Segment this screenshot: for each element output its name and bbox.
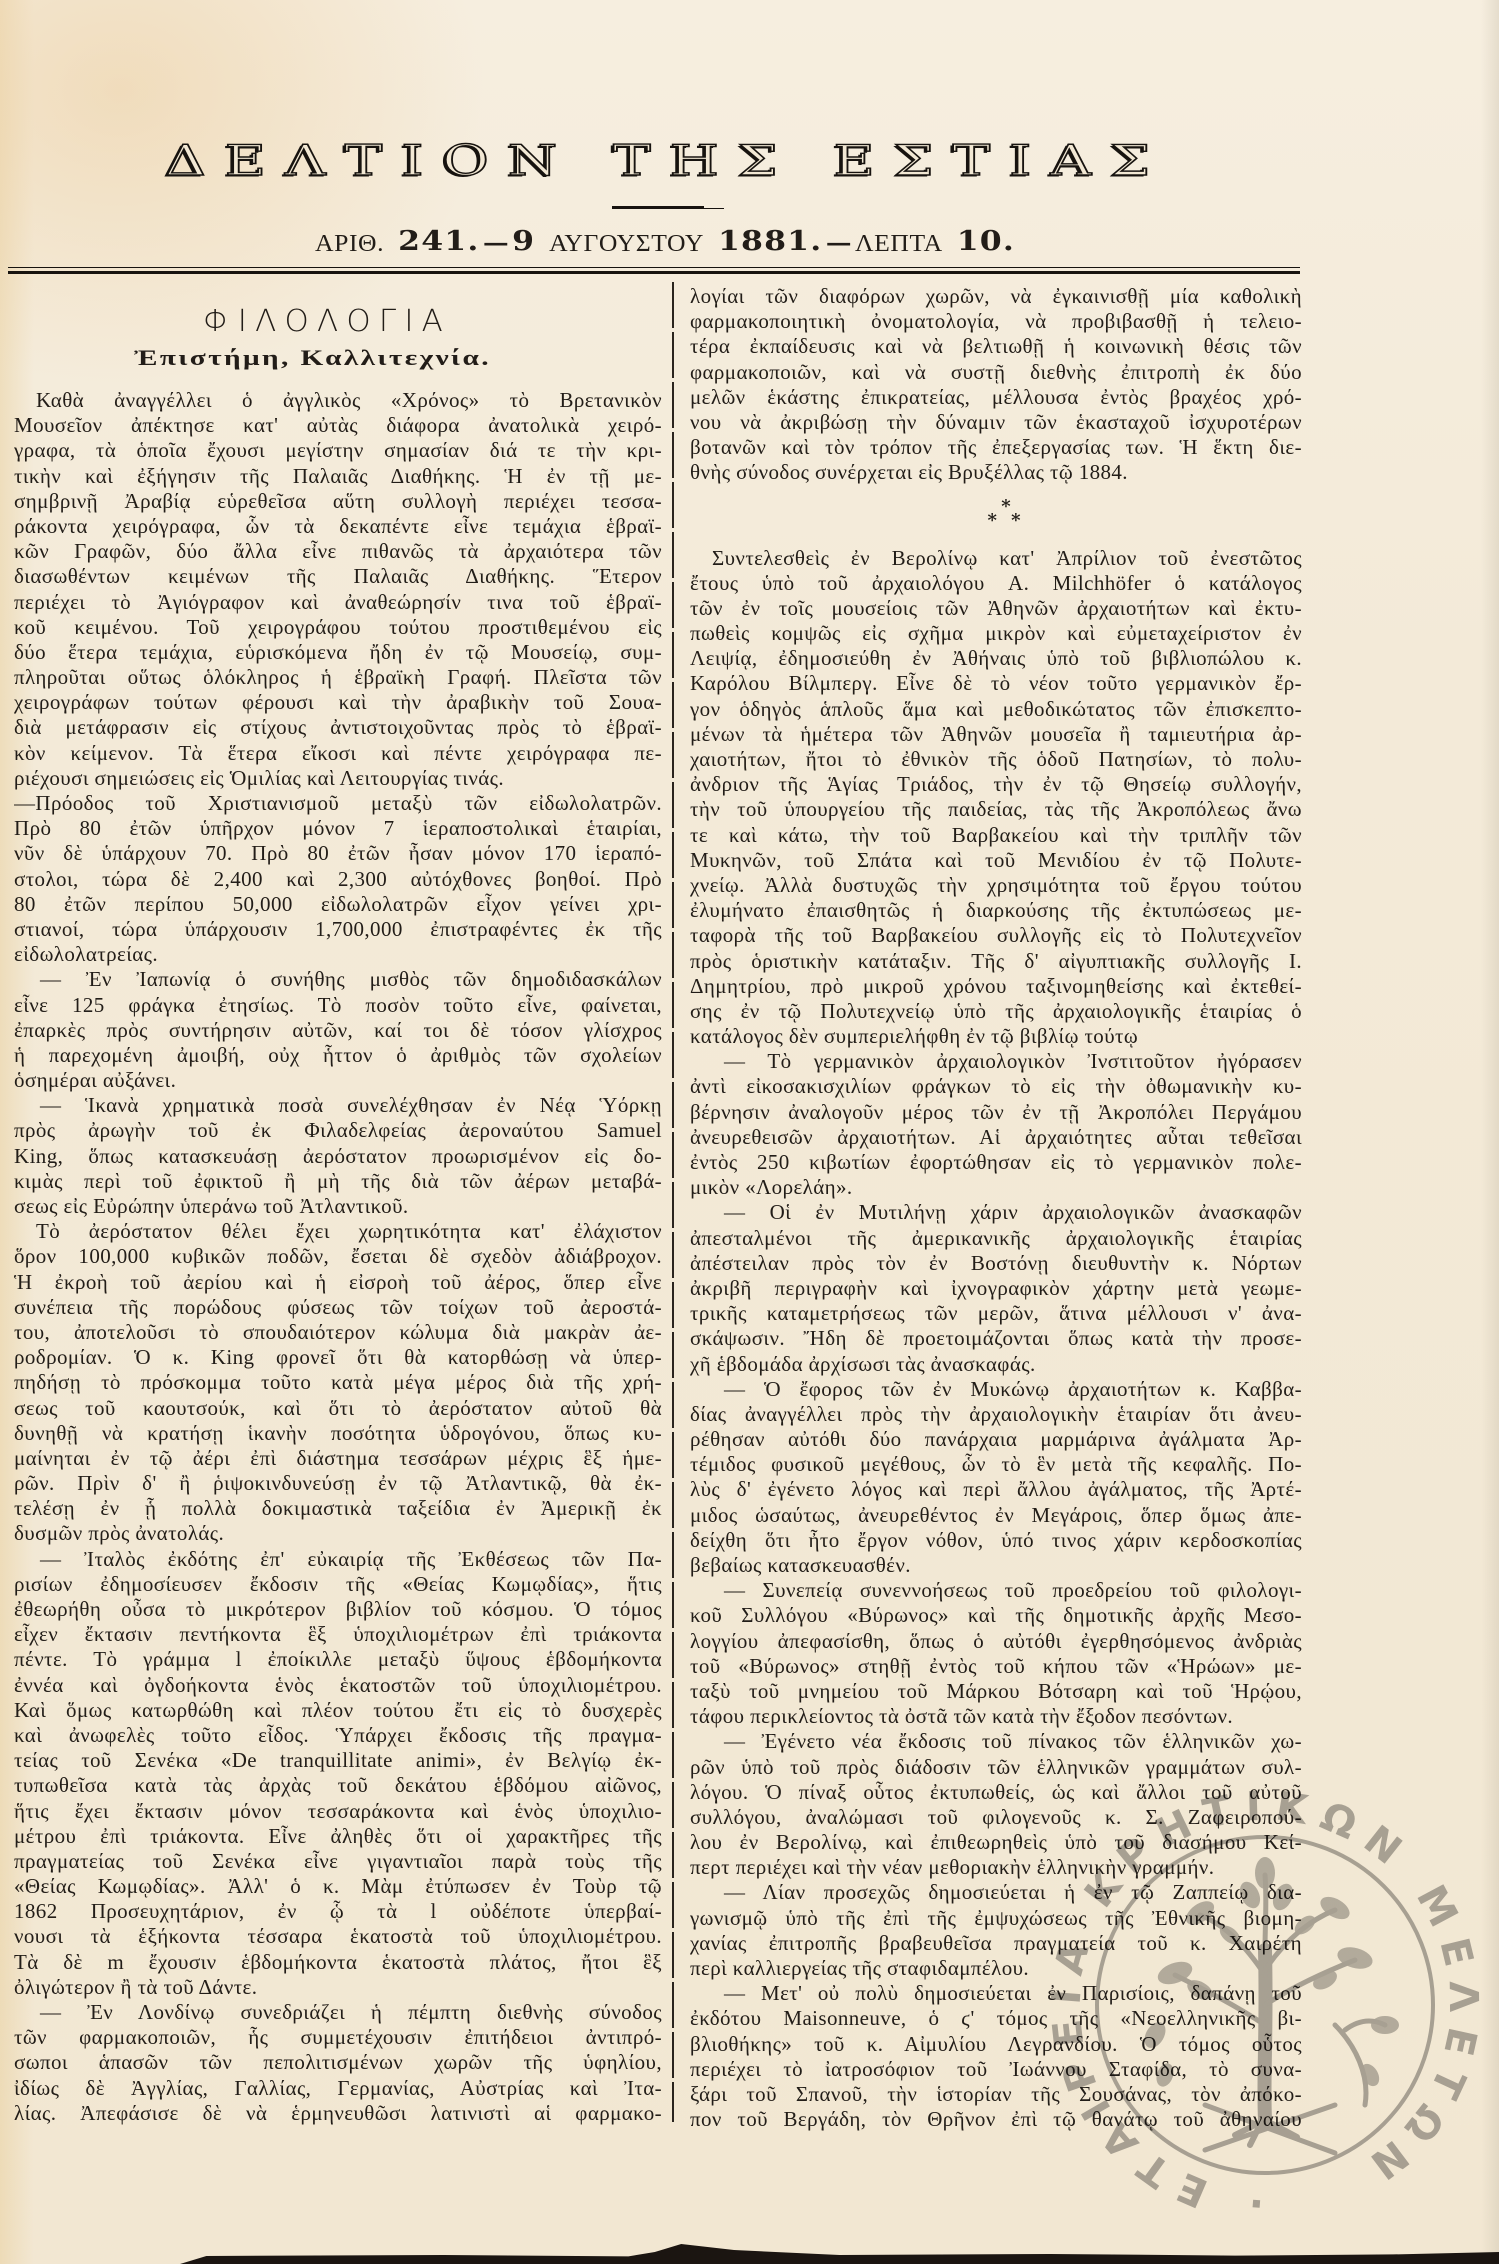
section-heading: ΦΙΛΟΛΟΓΙΑ <box>203 304 451 340</box>
text-line: ροδρομίαν. Ὁ κ. King φρονεῖ ὅτι θὰ κατορ… <box>14 1345 662 1370</box>
text-line: βέρνησιν ἀναλογοῦν μέρος τῶν ἐν τῇ Ἀκροπ… <box>690 1100 1302 1125</box>
text-line: Μουσεῖον ἀπέκτησε κατ' αὐτὰς διάφορα ἀνα… <box>14 413 662 438</box>
text-line: Λειψίᾳ, ἐδημοσιεύθη ἐν Ἀθήναις ὑπὸ τοῦ β… <box>690 646 1302 671</box>
issue-month: ΑΥΓΟΥΣΤΟΥ <box>549 226 704 260</box>
text-line: — Ἐγένετο νέα ἔκδοσις τοῦ πίνακος τῶν ἑλ… <box>690 1729 1302 1754</box>
text-line: ταφορὰ τῆς τοῦ Βαρβακείου συλλογῆς εἰς τ… <box>690 923 1302 948</box>
text-line: βοτανῶν καὶ τὸν τρόπον τῆς ἐπεξεργασίας … <box>690 435 1302 460</box>
text-line: «Θείας Κωμῳδίας». Ἀλλ' ὁ κ. Μὰμ ἐτύπωσεν… <box>14 1874 662 1899</box>
text-line: ὁσημέραι αὐξάνει. <box>14 1068 662 1093</box>
text-line: εἶχεν ἔκτασιν πεντήκοντα ἓξ ὑποχιλιομέτρ… <box>14 1622 662 1647</box>
ornament-rule-thin <box>612 208 724 209</box>
text-line: ἐπαρκὲς πρὸς συντήρησιν αὐτῶν, καί τοι δ… <box>14 1018 662 1043</box>
text-line: τυπωθεῖσα κατὰ τὰς ἀρχὰς τοῦ δεκάτου ἑβδ… <box>14 1773 662 1798</box>
text-line: μελῶν ἑκάστης ἐπικρατείας, μέλλουσα ἐντὸ… <box>690 385 1302 410</box>
text-line: τέμιδος φυσικοῦ μεγέθους, ὧν τὸ ἓν μετὰ … <box>690 1452 1302 1477</box>
paragraph: — Ἐν Ἰαπωνίᾳ ὁ συνήθης μισθὸς τῶν δημοδι… <box>14 967 662 1093</box>
paragraph: — Συνεπείᾳ συνεννοήσεως τοῦ προεδρείου τ… <box>690 1578 1302 1729</box>
text-line: Συντελεσθεὶς ἐν Βερολίνῳ κατ' Ἀπρίλιον τ… <box>690 546 1302 571</box>
text-line: σημβρινῇ Ἀραβίᾳ εὑρεθεῖσα αὕτη συλλογὴ π… <box>14 489 662 514</box>
text-line: βεβαίως κατασκευασθέν. <box>690 1553 1302 1578</box>
text-line: ἀνδριον τῆς Ἁγίας Τριάδος, τὴν ἐν τῷ Θησ… <box>690 772 1302 797</box>
text-line: ἔτους ὑπὸ τοῦ ἀρχαιολόγου A. Milchhöfer … <box>690 571 1302 596</box>
text-line: καὶ ἀνωφελὲς τοῦτο εἶδος. Ὑπάρχει ἔκδοσι… <box>14 1723 662 1748</box>
text-line: σωποι ἁπασῶν τῶν πεπολιτισμένων χωρῶν τῆ… <box>14 2050 662 2075</box>
text-line: σεως τοῦ καουτσούκ, καὶ ὅτι τὸ ἀερόστατο… <box>14 1396 662 1421</box>
text-line: μένων τὰ ἡμέτερα τῶν Ἀθηνῶν μουσεῖα ἢ τα… <box>690 722 1302 747</box>
text-line: ρέθησαν αὐτόθι δύο πανάρχαια μαρμάρινα ἀ… <box>690 1427 1302 1452</box>
text-line: νουσι τὰ ἑξήκοντα τέσσαρα ἑκατοστὰ τοῦ ὑ… <box>14 1924 662 1949</box>
text-line: πρὸς ἀρωγὴν τοῦ ἐκ Φιλαδελφείας ἀεροναύτ… <box>14 1118 662 1143</box>
text-line: δύο ἕτερα τεμάχια, εὑρισκόμενα ἤδη ἐν τῷ… <box>14 640 662 665</box>
text-line: εἶνε 125 φράγκα ἐτησίως. Τὸ ποσὸν τοῦτο … <box>14 993 662 1018</box>
text-line: μιδος ὡσαύτως, ἀνευρεθέντος ἐν Μεγάροις,… <box>690 1503 1302 1528</box>
text-line: τέρα ἐκπαίδευσις καὶ νὰ βελτιωθῇ ἡ κοινω… <box>690 334 1302 359</box>
paragraph: — Ἰταλὸς ἐκδότης ἐπ' εὐκαιρίᾳ τῆς Ἐκθέσε… <box>14 1547 662 2000</box>
text-line: κοῦ κειμένου. Τοῦ χειρογράφου τούτου προ… <box>14 615 662 640</box>
text-line: —Πρόοδος τοῦ Χριστιανισμοῦ μεταξὺ τῶν εἰ… <box>14 791 662 816</box>
text-line: ἀπέστειλαν πρὸς τὸν ἐν Βοστόνῃ διευθυντὴ… <box>690 1251 1302 1276</box>
text-line: — Ἱκανὰ χρηματικὰ ποσὰ συνελέχθησαν ἐν Ν… <box>14 1093 662 1118</box>
text-line: του, ἀποτελοῦσι τὸ σπουδαιότερον κώλυμα … <box>14 1320 662 1345</box>
text-line: ἐθεωρήθη οὖσα τὸ μικρότερον βιβλίον τοῦ … <box>14 1597 662 1622</box>
text-line: Μυκηνῶν, τοῦ Σπάτα καὶ τοῦ Μενιδίου ἐν τ… <box>690 848 1302 873</box>
issue-number-label: ΑΡΙΘ. <box>315 226 384 260</box>
text-line: Τὰ δὲ m ἔχουσιν ἑβδομήκοντα ἑκατοστὰ πλά… <box>14 1950 662 1975</box>
text-line: Δημητρίου, πρὸ μικροῦ χρόνου ταξινομηθεί… <box>690 974 1302 999</box>
text-line: σης ἐν τῷ Πολυτεχνείῳ ὑπὸ τῆς ἀρχαιολογι… <box>690 999 1302 1024</box>
section-subheading: Ἐπιστήμη, Καλλιτεχνία. <box>134 345 491 371</box>
text-line: ἀκριβῆ περιγραφὴν καὶ ἰχνογραφικὸν χάρτη… <box>690 1276 1302 1301</box>
text-line: — Τὸ γερμανικὸν ἀρχαιολογικὸν Ἰνστιτοῦτο… <box>690 1049 1302 1074</box>
text-line: πηδήσῃ τὸ πρόσκομμα τοῦτο κατὰ μέγα μέρο… <box>14 1370 662 1395</box>
text-line: κῶν Γραφῶν, δύο ἄλλα εἶνε πιθανῶς τὰ ἀρχ… <box>14 539 662 564</box>
text-line: ταξὺ τοῦ μνημείου τοῦ Μάρκου Βότσαρη καὶ… <box>690 1679 1302 1704</box>
paragraph: Συντελεσθεὶς ἐν Βερολίνῳ κατ' Ἀπρίλιον τ… <box>690 546 1302 1050</box>
text-line: δείχθη ὅτι ἦτο ἔργον νόθον, ὑπό τινος χά… <box>690 1528 1302 1553</box>
text-line: μέτρου ἐπὶ τριάκοντα. Εἶνε ἀληθὲς ὅτι οἱ… <box>14 1824 662 1849</box>
masthead-rule-thick <box>8 271 1300 274</box>
text-line: ἀπεσταλμένοι τῆς ἀμερικανικῆς ἀρχαιολογι… <box>690 1226 1302 1251</box>
text-line: Καρόλου Βίλμπεργ. Εἶνε δὲ τὸ νέον τοῦτο … <box>690 671 1302 696</box>
dash-separator: — <box>826 228 852 258</box>
column-divider <box>672 282 674 2122</box>
price-label: ΛΕΠΤΑ <box>855 226 943 260</box>
carryover-text: λογίαι τῶν διαφόρων χωρῶν, νὰ ἐγκαινισθῇ… <box>690 284 1302 486</box>
paragraph: — Οἱ ἐν Μυτιλήνῃ χάριν ἀρχαιολογικῶν ἀνα… <box>690 1200 1302 1376</box>
paragraph: Καθὰ ἀναγγέλλει ὁ ἀγγλικὸς «Χρόνος» τὸ Β… <box>14 388 662 791</box>
text-line: — Ἰταλὸς ἐκδότης ἐπ' εὐκαιρίᾳ τῆς Ἐκθέσε… <box>14 1547 662 1572</box>
text-line: ἡ παρεχομένη ἀμοιβή, οὐχ ἧττον ὁ ἀριθμὸς… <box>14 1043 662 1068</box>
library-stamp: · ΕΤΑΙΡΕΙΑ ΚΡΗΤΙΚΩΝ ΜΕΛΕΤΩΝ <box>1035 1775 1495 2235</box>
price-value: 10. <box>957 227 1015 257</box>
text-line: δυνηθῇ νὰ κρατήσῃ ἱκανὴν ποσότητα ὑδρογό… <box>14 1421 662 1446</box>
text-line: ἰδίως δὲ Ἀγγλίας, Γαλλίας, Γερμανίας, Αὐ… <box>14 2076 662 2101</box>
text-line: λὺς δ' ἐγένετο λόγος καὶ περὶ ἄλλου ἀγάλ… <box>690 1477 1302 1502</box>
text-line: περιέχει τὸ Ἀγιόγραφον καὶ ἀναθεώρησίν τ… <box>14 590 662 615</box>
text-line: 1862 Προσευχητάριον, ἐν ᾧ τὰ l οὐδέποτε … <box>14 1899 662 1924</box>
text-line: φαρμακοποιῶν, καὶ νὰ συστῇ διεθνὴς ἐπιτρ… <box>690 360 1302 385</box>
paragraph: — Ἱκανὰ χρηματικὰ ποσὰ συνελέχθησαν ἐν Ν… <box>14 1093 662 1219</box>
text-line: ἐννέα καὶ ὀγδοήκοντα ἑνὸς ἑκατοστῶν τοῦ … <box>14 1673 662 1698</box>
text-line: — Οἱ ἐν Μυτιλήνῃ χάριν ἀρχαιολογικῶν ἀνα… <box>690 1200 1302 1225</box>
text-line: Πρὸ 80 ἐτῶν ὑπῆρχον μόνον 7 ἱεραποστολικ… <box>14 816 662 841</box>
masthead-rule-thin <box>8 267 1300 268</box>
text-line: φαρμακοποιητικὴ ὀνοματολογία, νὰ προβιβα… <box>690 309 1302 334</box>
text-line: λογγίου ἀπεφασίσθη, ὅπως ὁ αὐτόθι ἐγερθη… <box>690 1629 1302 1654</box>
text-line: πραγματείας τοῦ Σενέκα εἶνε γιγαντιαῖοι … <box>14 1849 662 1874</box>
text-line: πωθεὶς κομψῶς εἰς σχῆμα μικρὸν καὶ εὐμετ… <box>690 621 1302 646</box>
text-line: τελέσῃ ἐν ᾗ πολλὰ δοκιμαστικὰ ταξείδια ἐ… <box>14 1496 662 1521</box>
text-line: τῶν ἐν τοῖς μουσείοις τῶν Ἀθηνῶν ἀρχαιοτ… <box>690 596 1302 621</box>
text-line: 80 ἐτῶν περίπου 50,000 εἰδωλολατρῶν εἶχο… <box>14 892 662 917</box>
paragraph: — Τὸ γερμανικὸν ἀρχαιολογικὸν Ἰνστιτοῦτο… <box>690 1049 1302 1200</box>
text-line: πέντε. Τὸ γράμμα l ἐποίκιλλε μεταξὺ ὕψου… <box>14 1647 662 1672</box>
asterism-stars-icon: * * <box>690 514 1302 528</box>
text-line: πληροῦται οὕτως ὁλόκληρος ἡ ἑβραϊκὴ Γραφ… <box>14 665 662 690</box>
text-line: χῆ ἑβδομάδα ἀρχίσωσι τὰς ἀνασκαφάς. <box>690 1352 1302 1377</box>
text-line: τὴν τοῦ ὑπουργείου τῆς παιδείας, τὰς τῆς… <box>690 797 1302 822</box>
text-line: Καθὰ ἀναγγέλλει ὁ ἀγγλικὸς «Χρόνος» τὸ Β… <box>14 388 662 413</box>
text-line: διασωθέντων κειμένων τῆς Παλαιᾶς Διαθήκη… <box>14 564 662 589</box>
paragraph: — Ἐν Λονδίνῳ συνεδριάζει ἡ πέμπτη διεθνὴ… <box>14 2000 662 2126</box>
text-line: κιμὰς περὶ τοῦ ἐφικτοῦ ἢ μὴ τῆς διὰ τῶν … <box>14 1169 662 1194</box>
text-line: Τὸ ἀερόστατον θέλει ἔχει χωρητικότητα κα… <box>14 1219 662 1244</box>
asterism-separator: * * * <box>690 486 1302 546</box>
paragraph: Τὸ ἀερόστατον θέλει ἔχει χωρητικότητα κα… <box>14 1219 662 1546</box>
text-line: δίας ἀναγγέλλει πρὸς τὴν ἀρχαιολογικὴν ἑ… <box>690 1402 1302 1427</box>
text-line: κὸν κείμενον. Τὰ ἕτερα εἴκοσι καὶ πέντε … <box>14 741 662 766</box>
text-line: εἰδωλολατρείας. <box>14 942 662 967</box>
paragraph: λογίαι τῶν διαφόρων χωρῶν, νὰ ἐγκαινισθῇ… <box>690 284 1302 486</box>
text-line: γραφα, τὰ ὁποῖα ἔχουσι μεγίστην σημασίαν… <box>14 438 662 463</box>
book-edge-shadow <box>180 2244 1499 2264</box>
text-line: πρὸς ὁριστικὴν κατάταξιν. Τῆς δ' αἰγυπτι… <box>690 949 1302 974</box>
text-line: τρικῆς καταμετρήσεως τῶν μερῶν, ἅτινα μέ… <box>690 1301 1302 1326</box>
text-line: ράκοντα χειρόγραφα, ὧν τὰ δεκαπέντε εἶνε… <box>14 514 662 539</box>
text-line: Καὶ ὅμως κατωρθώθη καὶ πλέον τούτου ἔτι … <box>14 1698 662 1723</box>
text-line: Ἡ ἐκροὴ τοῦ ἀερίου καὶ ἡ εἰσροὴ τοῦ ἀέρο… <box>14 1270 662 1295</box>
issue-number: 241. <box>398 227 479 257</box>
text-line: στολοι, τώρα δὲ 2,400 καὶ 2,300 αὐτόχθον… <box>14 867 662 892</box>
text-line: χαιοτήτων, ἤτοι τὸ ἐθνικὸν τῆς ὁδοῦ Πατη… <box>690 747 1302 772</box>
text-line: νου νὰ ἀκριβώσῃ τὴν δύναμιν τῶν ἑκασταχο… <box>690 410 1302 435</box>
text-line: — Ὁ ἔφορος τῶν ἐν Μυκώνῳ ἀρχαιοτήτων κ. … <box>690 1377 1302 1402</box>
text-line: — Ἐν Λονδίνῳ συνεδριάζει ἡ πέμπτη διεθνὴ… <box>14 2000 662 2025</box>
text-line: ἀνευρεθεισῶν ἀρχαιοτήτων. Αἱ ἀρχαιότητες… <box>690 1125 1302 1150</box>
text-line: ρισίων ἐδημοσίευσεν ἔκδοσιν τῆς «Θείας Κ… <box>14 1572 662 1597</box>
text-line: κοῦ Συλλόγου «Βύρωνος» καὶ τῆς δημοτικῆς… <box>690 1603 1302 1628</box>
text-line: χειρογράφων τούτων φέρουσι καὶ τὴν ἀραβι… <box>14 690 662 715</box>
text-line: τε καὶ κάτω, τὴν τοῦ Βαρβακείου καὶ τὴν … <box>690 823 1302 848</box>
text-line: τοῦ «Βύρωνος» στηθῇ ἐντὸς τοῦ κήπου τῶν … <box>690 1654 1302 1679</box>
text-line: θνὴς σύνοδος συνέρχεται εἰς Βρυξέλλας τῷ… <box>690 460 1302 485</box>
text-line: συνέπεια τῆς πορώδους φύσεως τῶν τοίχων … <box>14 1295 662 1320</box>
text-line: διὰ μετάφρασιν εἰς στίχους ἀντιστοιχοῦντ… <box>14 715 662 740</box>
issue-day: 9 <box>512 227 535 257</box>
paragraph: —Πρόοδος τοῦ Χριστιανισμοῦ μεταξὺ τῶν εἰ… <box>14 791 662 967</box>
column-left: Καθὰ ἀναγγέλλει ὁ ἀγγλικὸς «Χρόνος» τὸ Β… <box>14 388 662 2126</box>
text-line: νῦν δὲ ὑπάρχουν 70. Πρὸ 80 ἐτῶν ἦσαν μόν… <box>14 841 662 866</box>
text-line: ἥτις ἔχει ἔκτασιν μόνον τεσσαράκοντα καὶ… <box>14 1799 662 1824</box>
text-line: σεως εἰς Εὐρώπην ὑπεράνω τοῦ Ἀτλαντικοῦ. <box>14 1194 662 1219</box>
issue-line: ΑΡΙΘ. 241. — 9 ΑΥΓΟΥΣΤΟΥ 1881. — ΛΕΠΤΑ 1… <box>315 227 1015 257</box>
text-line: ἐντὸς 250 κιβωτίων ἐφορτώθησαν εἰς τὸ γε… <box>690 1150 1302 1175</box>
text-line: μαίνηται ἐν τῷ ἀέρι ἐπὶ διάστημα τεσσάρω… <box>14 1446 662 1471</box>
text-line: δυσμῶν πρὸς ἀνατολάς. <box>14 1521 662 1546</box>
text-line: τάφου περικλείοντος τὰ ὀστᾶ τῶν κατὰ τὴν… <box>690 1704 1302 1729</box>
text-line: κατάλογος δὲν συμπεριελήφθη ἐν τῷ βιβλίῳ… <box>690 1024 1302 1049</box>
paragraph: — Ὁ ἔφορος τῶν ἐν Μυκώνῳ ἀρχαιοτήτων κ. … <box>690 1377 1302 1579</box>
text-line: — Ἐν Ἰαπωνίᾳ ὁ συνήθης μισθὸς τῶν δημοδι… <box>14 967 662 992</box>
text-line: ρῶν. Πρὶν δ' ἢ ῥιψοκινδυνεύσῃ ἐν τῷ Ἀτλα… <box>14 1471 662 1496</box>
text-line: λογίαι τῶν διαφόρων χωρῶν, νὰ ἐγκαινισθῇ… <box>690 284 1302 309</box>
text-line: γον ὁδηγὸς ἁπλοῦς ἅμα καὶ μεθοδικώτατος … <box>690 697 1302 722</box>
text-line: ἐλυμήνατο ἐπαισθητῶς ἡ διαρκούσης τῆς ἐκ… <box>690 898 1302 923</box>
text-line: King, ὅπως κατασκευάσῃ ἀερόστατον προωρι… <box>14 1144 662 1169</box>
text-line: σκάψωσιν. Ἤδη δὲ προετοιμάζονται ὅπως κα… <box>690 1326 1302 1351</box>
text-line: ἀντὶ εἰκοσακισχιλίων φράγκων τὸ εἰς τὴν … <box>690 1074 1302 1099</box>
text-line: λίας. Ἀπεφάσισε δὲ νὰ ἑρμηνευθῶσι λατινι… <box>14 2101 662 2126</box>
masthead-title: ΔΕΛΤΙΟΝ ΤΗΣ ΕΣΤΙΑΣ <box>165 136 1169 186</box>
text-line: στιανοί, τώρα ὑπάρχουσιν 1,700,000 ἐπιστ… <box>14 917 662 942</box>
text-line: ὅρον 100,000 κυβικῶν ποδῶν, ἔσεται δὲ σχ… <box>14 1244 662 1269</box>
text-line: μικὸν «Λορελάη». <box>690 1175 1302 1200</box>
text-line: τείας τοῦ Σενέκα «De tranquillitate anim… <box>14 1748 662 1773</box>
text-line: χνείῳ. Ἀλλὰ δυστυχῶς τὴν χρησιμότητα τοῦ… <box>690 873 1302 898</box>
text-line: — Συνεπείᾳ συνεννοήσεως τοῦ προεδρείου τ… <box>690 1578 1302 1603</box>
dash-separator: — <box>483 228 509 258</box>
text-line: τικὴν καὶ ἐξήγησιν τῆς Παλαιᾶς Διαθήκης.… <box>14 464 662 489</box>
issue-year: 1881. <box>718 227 822 257</box>
text-line: ριέχουσι σημειώσεις εἰς Ὁμιλίας καὶ Λειτ… <box>14 766 662 791</box>
text-line: ὀλιγώτερον ἢ τὰ τοῦ Δάντε. <box>14 1975 662 2000</box>
text-line: τῶν φαρμακοποιῶν, ἧς συμμετέχουσιν ἐπιτή… <box>14 2025 662 2050</box>
